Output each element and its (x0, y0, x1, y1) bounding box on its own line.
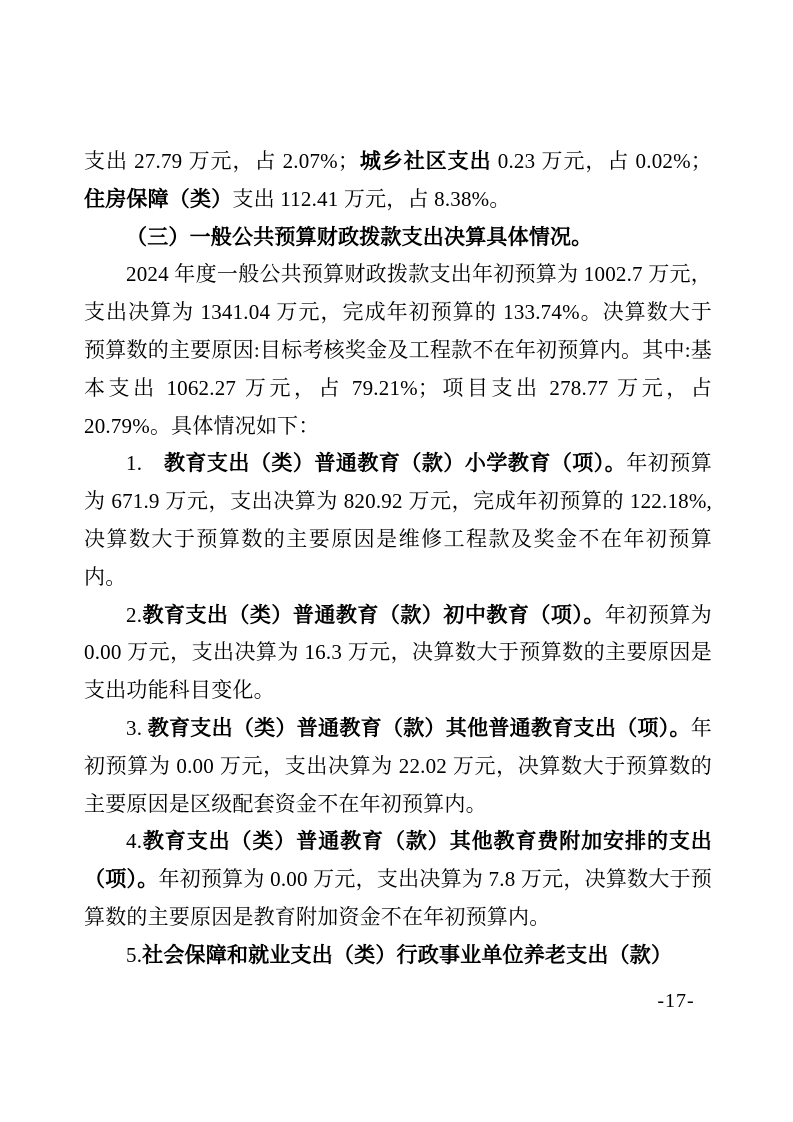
emphasis-text-run: 教育支出（类）普通教育（款）小学教育（项）。 (164, 452, 626, 475)
text-run: 5. (126, 943, 142, 967)
emphasis-text-run: 社会保障和就业支出（类）行政事业单位养老支出（款） (142, 944, 672, 967)
document-body: 支出 27.79 万元，占 2.07%；城乡社区支出 0.23 万元，占 0.0… (84, 143, 712, 975)
section-heading: （三）一般公共预算财政拨款支出决算具体情况。 (84, 219, 712, 257)
emphasis-text-run: 城乡社区支出 (359, 150, 492, 173)
continuation-paragraph: 支出 27.79 万元，占 2.07%；城乡社区支出 0.23 万元，占 0.0… (84, 143, 712, 219)
document-page: 支出 27.79 万元，占 2.07%；城乡社区支出 0.23 万元，占 0.0… (0, 0, 793, 1122)
text-run: 2. (126, 603, 142, 627)
item-4-paragraph: 4.教育支出（类）普通教育（款）其他教育费附加安排的支出（项）。年初预算为 0.… (84, 823, 712, 936)
text-run: 3. (126, 716, 148, 740)
text-run: 支出 112.41 万元，占 8.38%。 (232, 187, 510, 211)
text-run: 年初预算为 0.00 万元，支出决算为 7.8 万元，决算数大于预算数的主要原因… (84, 867, 712, 929)
emphasis-text-run: 教育支出（类）普通教育（款）其他普通教育支出（项）。 (148, 717, 691, 740)
text-run: 2024 年度一般公共预算财政拨款支出年初预算为 1002.7 万元，支出决算为… (84, 262, 712, 437)
item-3-paragraph: 3. 教育支出（类）普通教育（款）其他普通教育支出（项）。年初预算为 0.00 … (84, 710, 712, 823)
text-run: 0.23 万元，占 0.02%； (492, 149, 712, 173)
text-run: 1. (126, 451, 164, 475)
emphasis-text-run: 住房保障（类） (84, 188, 232, 211)
overview-paragraph: 2024 年度一般公共预算财政拨款支出年初预算为 1002.7 万元，支出决算为… (84, 256, 712, 445)
item-5-paragraph: 5.社会保障和就业支出（类）行政事业单位养老支出（款） (84, 937, 712, 975)
emphasis-text-run: （三）一般公共预算财政拨款支出决算具体情况。 (126, 226, 592, 249)
emphasis-text-run: 教育支出（类）普通教育（款）初中教育（项）。 (142, 604, 605, 627)
item-1-paragraph: 1. 教育支出（类）普通教育（款）小学教育（项）。年初预算为 671.9 万元，… (84, 445, 712, 596)
page-number: -17- (636, 990, 716, 1013)
item-2-paragraph: 2.教育支出（类）普通教育（款）初中教育（项）。年初预算为 0.00 万元，支出… (84, 597, 712, 710)
text-run: 4. (126, 829, 142, 853)
text-run: 支出 27.79 万元，占 2.07%； (84, 149, 359, 173)
